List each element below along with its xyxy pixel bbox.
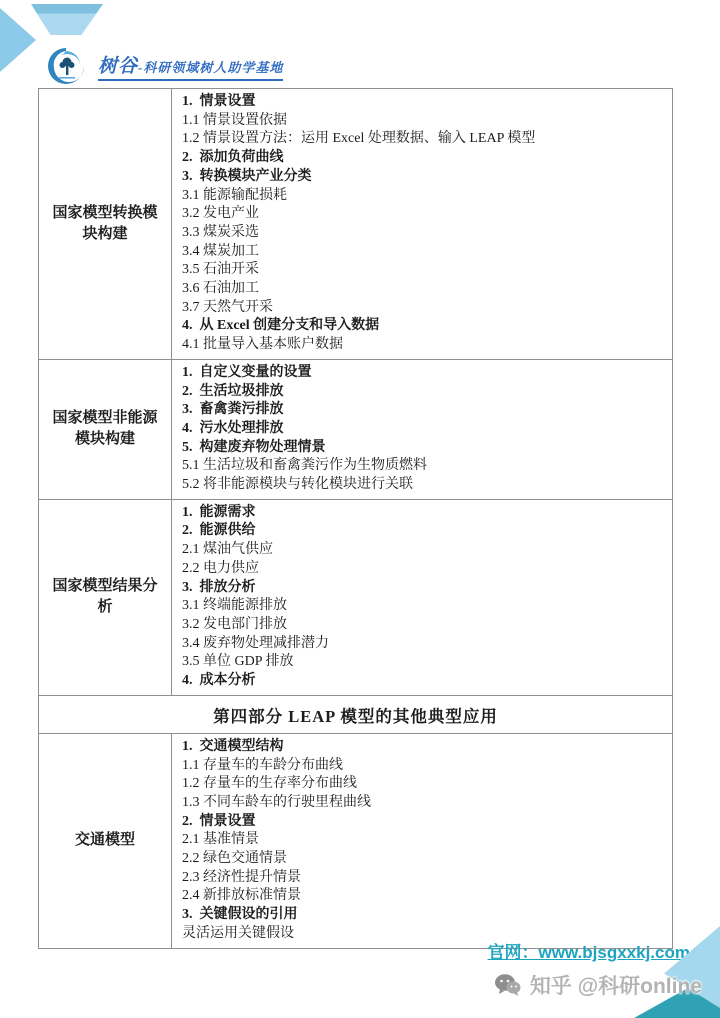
- outline-item: 2.1 煤油气供应: [182, 541, 664, 560]
- tree-circle-logo-icon: [46, 46, 86, 86]
- outline-item: 2. 生活垃圾排放: [182, 383, 664, 402]
- outline-item: 4. 污水处理排放: [182, 420, 664, 439]
- website-url: www.bjsgxxkj.com: [539, 943, 690, 962]
- course-table: 国家模型转换模块构建1. 情景设置1.1 情景设置依据1.2 情景设置方法：运用…: [38, 88, 673, 949]
- outline-item: 1. 交通模型结构: [182, 738, 664, 757]
- outline-item: 3. 畜禽粪污排放: [182, 401, 664, 420]
- outline-item: 3.4 煤炭加工: [182, 243, 664, 262]
- outline-item: 3. 关键假设的引用: [182, 906, 664, 925]
- outline-item: 3.2 发电部门排放: [182, 616, 664, 635]
- outline-item: 1.2 情景设置方法：运用 Excel 处理数据、输入 LEAP 模型: [182, 130, 664, 149]
- outline-item: 2.2 电力供应: [182, 560, 664, 579]
- module-name-cell: 国家模型非能源模块构建: [39, 360, 172, 499]
- module-name-cell: 国家模型转换模块构建: [39, 89, 172, 359]
- outline-item: 3. 排放分析: [182, 579, 664, 598]
- brand-header: 树谷-科研领域树人助学基地: [46, 46, 283, 86]
- watermark-text: 知乎 @科研online: [530, 970, 702, 1000]
- module-content-cell: 1. 情景设置1.1 情景设置依据1.2 情景设置方法：运用 Excel 处理数…: [172, 89, 672, 359]
- outline-item: 3. 转换模块产业分类: [182, 168, 664, 187]
- table-row: 交通模型1. 交通模型结构1.1 存量车的车龄分布曲线1.2 存量车的生存率分布…: [39, 734, 672, 948]
- outline-item: 3.2 发电产业: [182, 205, 664, 224]
- top-trapezoid-decor: [31, 4, 103, 35]
- module-name-cell: 交通模型: [39, 734, 172, 948]
- outline-item: 1.1 存量车的车龄分布曲线: [182, 757, 664, 776]
- outline-item: 5. 构建废弃物处理情景: [182, 439, 664, 458]
- outline-item: 3.5 石油开采: [182, 261, 664, 280]
- outline-item: 4. 从 Excel 创建分支和导入数据: [182, 317, 664, 336]
- outline-item: 2.1 基准情景: [182, 831, 664, 850]
- outline-item: 2.3 经济性提升情景: [182, 869, 664, 888]
- outline-item: 1.3 不同车龄车的行驶里程曲线: [182, 794, 664, 813]
- outline-item: 1. 情景设置: [182, 93, 664, 112]
- brand-name-main: 树谷: [98, 56, 138, 77]
- outline-item: 1. 自定义变量的设置: [182, 364, 664, 383]
- corner-triangle-decor: [0, 8, 36, 72]
- website-label: 官网：: [488, 943, 539, 962]
- module-content-cell: 1. 能源需求2. 能源供给2.1 煤油气供应2.2 电力供应3. 排放分析3.…: [172, 500, 672, 695]
- outline-item: 4. 成本分析: [182, 672, 664, 691]
- outline-item: 3.7 天然气开采: [182, 299, 664, 318]
- outline-item: 3.5 单位 GDP 排放: [182, 653, 664, 672]
- table-row: 国家模型非能源模块构建1. 自定义变量的设置2. 生活垃圾排放3. 畜禽粪污排放…: [39, 360, 672, 500]
- watermark: 知乎 @科研online: [494, 970, 702, 1000]
- module-content-cell: 1. 交通模型结构1.1 存量车的车龄分布曲线1.2 存量车的生存率分布曲线1.…: [172, 734, 672, 948]
- brand-name: 树谷-科研领域树人助学基地: [98, 51, 283, 81]
- outline-item: 2.2 绿色交通情景: [182, 850, 664, 869]
- official-website-link[interactable]: 官网：www.bjsgxxkj.com: [488, 938, 690, 963]
- outline-item: 1.2 存量车的生存率分布曲线: [182, 775, 664, 794]
- outline-item: 3.1 终端能源排放: [182, 597, 664, 616]
- outline-item: 3.4 废弃物处理减排潜力: [182, 635, 664, 654]
- section-header-row: 第四部分 LEAP 模型的其他典型应用: [39, 696, 672, 734]
- outline-item: 5.1 生活垃圾和畜禽粪污作为生物质燃料: [182, 457, 664, 476]
- wechat-icon: [494, 973, 521, 997]
- outline-item: 5.2 将非能源模块与转化模块进行关联: [182, 476, 664, 495]
- outline-item: 2. 能源供给: [182, 522, 664, 541]
- outline-item: 1. 能源需求: [182, 504, 664, 523]
- outline-item: 4.1 批量导入基本账户数据: [182, 336, 664, 355]
- table-row: 国家模型转换模块构建1. 情景设置1.1 情景设置依据1.2 情景设置方法：运用…: [39, 89, 672, 360]
- outline-item: 3.6 石油加工: [182, 280, 664, 299]
- document-page: 树谷-科研领域树人助学基地 国家模型转换模块构建1. 情景设置1.1 情景设置依…: [0, 0, 720, 1018]
- outline-item: 3.3 煤炭采选: [182, 224, 664, 243]
- outline-item: 2. 情景设置: [182, 813, 664, 832]
- module-content-cell: 1. 自定义变量的设置2. 生活垃圾排放3. 畜禽粪污排放4. 污水处理排放5.…: [172, 360, 672, 499]
- outline-item: 2.4 新排放标准情景: [182, 887, 664, 906]
- outline-item: 1.1 情景设置依据: [182, 112, 664, 131]
- outline-item: 2. 添加负荷曲线: [182, 149, 664, 168]
- brand-name-rest: -科研领域树人助学基地: [138, 60, 283, 75]
- module-name-cell: 国家模型结果分析: [39, 500, 172, 695]
- outline-item: 3.1 能源输配损耗: [182, 187, 664, 206]
- table-row: 国家模型结果分析1. 能源需求2. 能源供给2.1 煤油气供应2.2 电力供应3…: [39, 500, 672, 696]
